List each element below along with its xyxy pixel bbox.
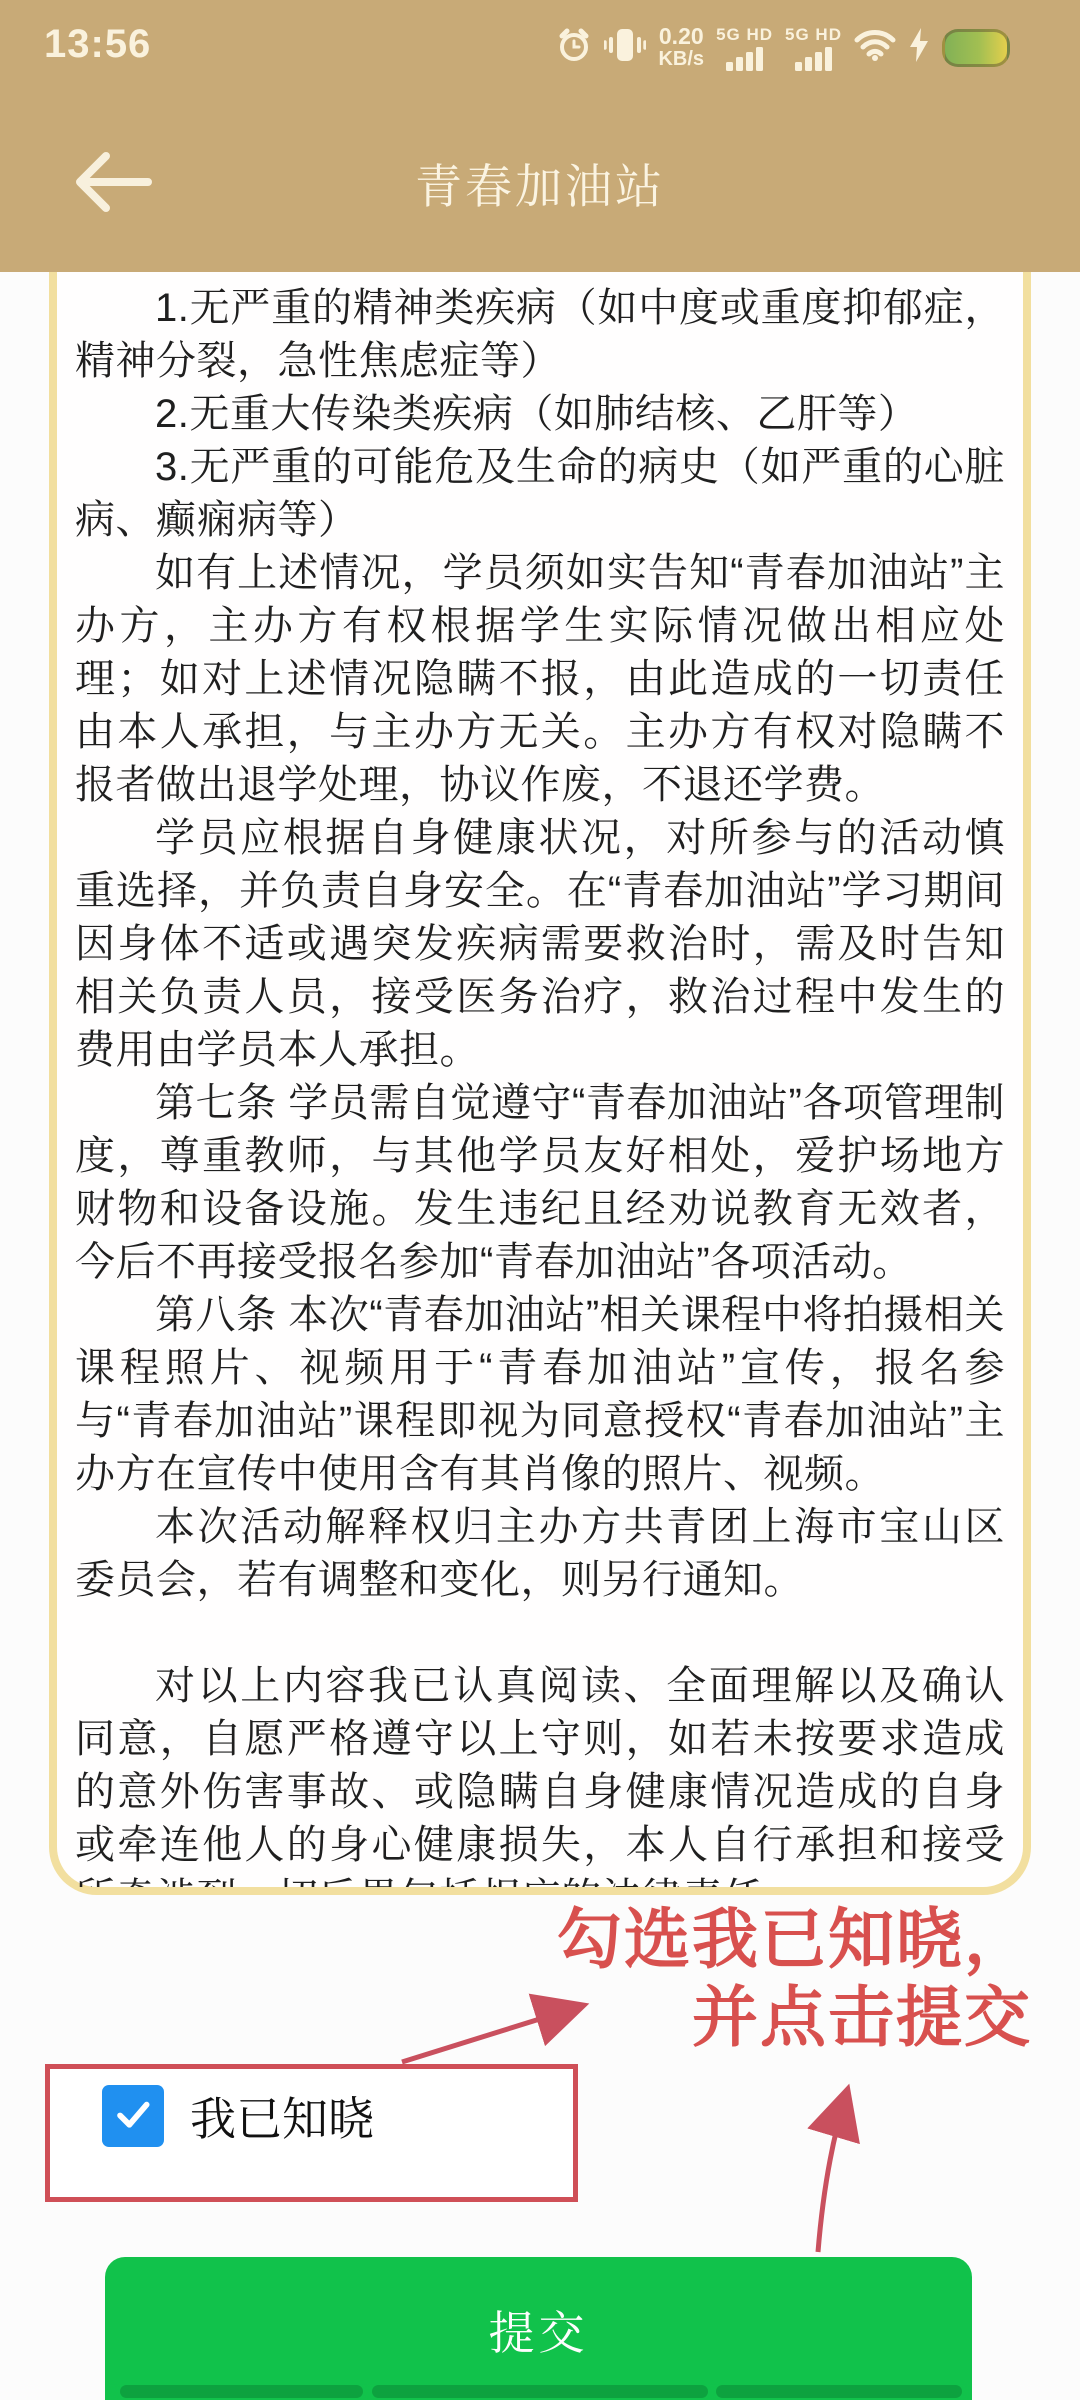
agreement-paragraph: 3.无严重的可能危及生命的病史（如严重的心脏病、癫痫病等） — [75, 441, 1005, 547]
agreement-scroll-area[interactable]: 1.无严重的精神类疾病（如中度或重度抑郁症，精神分裂，急性焦虑症等） 2.无重大… — [57, 272, 1023, 1887]
agreement-paragraph: 对以上内容我已认真阅读、全面理解以及确认同意，自愿严格遵守以上守则，如若未按要求… — [75, 1660, 1005, 1887]
tutorial-hint-line1: 勾选我已知晓， — [412, 1900, 1032, 1978]
arrow-to-submit-hint — [818, 2098, 845, 2252]
agreement-paragraph: 1.无严重的精神类疾病（如中度或重度抑郁症，精神分裂，急性焦虑症等） — [75, 282, 1005, 388]
nav-bar: 青春加油站 — [0, 95, 1080, 272]
vibrate-icon — [604, 27, 646, 68]
battery-icon — [942, 29, 1010, 67]
checkmark-icon — [110, 2091, 156, 2142]
consent-highlight-box: 我已知晓 — [45, 2064, 578, 2202]
phone-screen: 13:56 — [0, 0, 1080, 2400]
status-bar: 13:56 — [0, 0, 1080, 95]
charging-bolt-icon — [908, 27, 930, 68]
submit-button-label: 提交 — [489, 2297, 589, 2363]
agreement-card: 1.无严重的精神类疾病（如中度或重度抑郁症，精神分裂，急性焦虑症等） 2.无重大… — [49, 272, 1031, 1895]
agreement-paragraph: 第七条 学员需自觉遵守“青春加油站”各项管理制度，尊重教师，与其他学员友好相处，… — [75, 1077, 1005, 1289]
page-title: 青春加油站 — [0, 95, 1080, 272]
tutorial-hint-line2: 并点击提交 — [412, 1978, 1032, 2056]
sim2-label: 5G HD — [785, 25, 842, 45]
submit-button[interactable]: 提交 — [105, 2257, 972, 2400]
agreement-paragraph: 学员应根据自身健康状况，对所参与的活动慎重选择，并负责自身安全。在“青春加油站”… — [75, 812, 1005, 1077]
consent-checkbox[interactable] — [102, 2085, 164, 2147]
tutorial-hint-text: 勾选我已知晓， 并点击提交 — [412, 1900, 1032, 2056]
consent-label: 我已知晓 — [190, 2085, 374, 2147]
network-speed: 0.20 KB/s — [658, 25, 704, 71]
network-speed-unit: KB/s — [658, 48, 704, 71]
wifi-icon — [854, 29, 896, 66]
agreement-paragraph: 2.无重大传染类疾病（如肺结核、乙肝等） — [75, 388, 1005, 441]
agreement-paragraph: 第八条 本次“青春加油站”相关课程中将拍摄相关课程照片、视频用于“青春加油站”宣… — [75, 1289, 1005, 1501]
signal-bars-icon — [795, 47, 832, 71]
sim1-label: 5G HD — [716, 25, 773, 45]
submit-button-bottom-bars — [105, 2385, 972, 2398]
agreement-paragraph: 本次活动解释权归主办方共青团上海市宝山区委员会，若有调整和变化，则另行通知。 — [75, 1501, 1005, 1607]
app-header: 13:56 — [0, 0, 1080, 272]
agreement-paragraph: 如有上述情况，学员须如实告知“青春加油站”主办方，主办方有权根据学生实际情况做出… — [75, 547, 1005, 812]
signal-bars-icon — [726, 47, 763, 71]
network-speed-value: 0.20 — [659, 25, 704, 48]
status-time: 13:56 — [44, 22, 151, 67]
alarm-icon — [556, 28, 592, 67]
status-icons: 0.20 KB/s 5G HD 5G HD — [556, 0, 1010, 95]
sim2-signal: 5G HD — [785, 25, 842, 71]
sim1-signal: 5G HD — [716, 25, 773, 71]
